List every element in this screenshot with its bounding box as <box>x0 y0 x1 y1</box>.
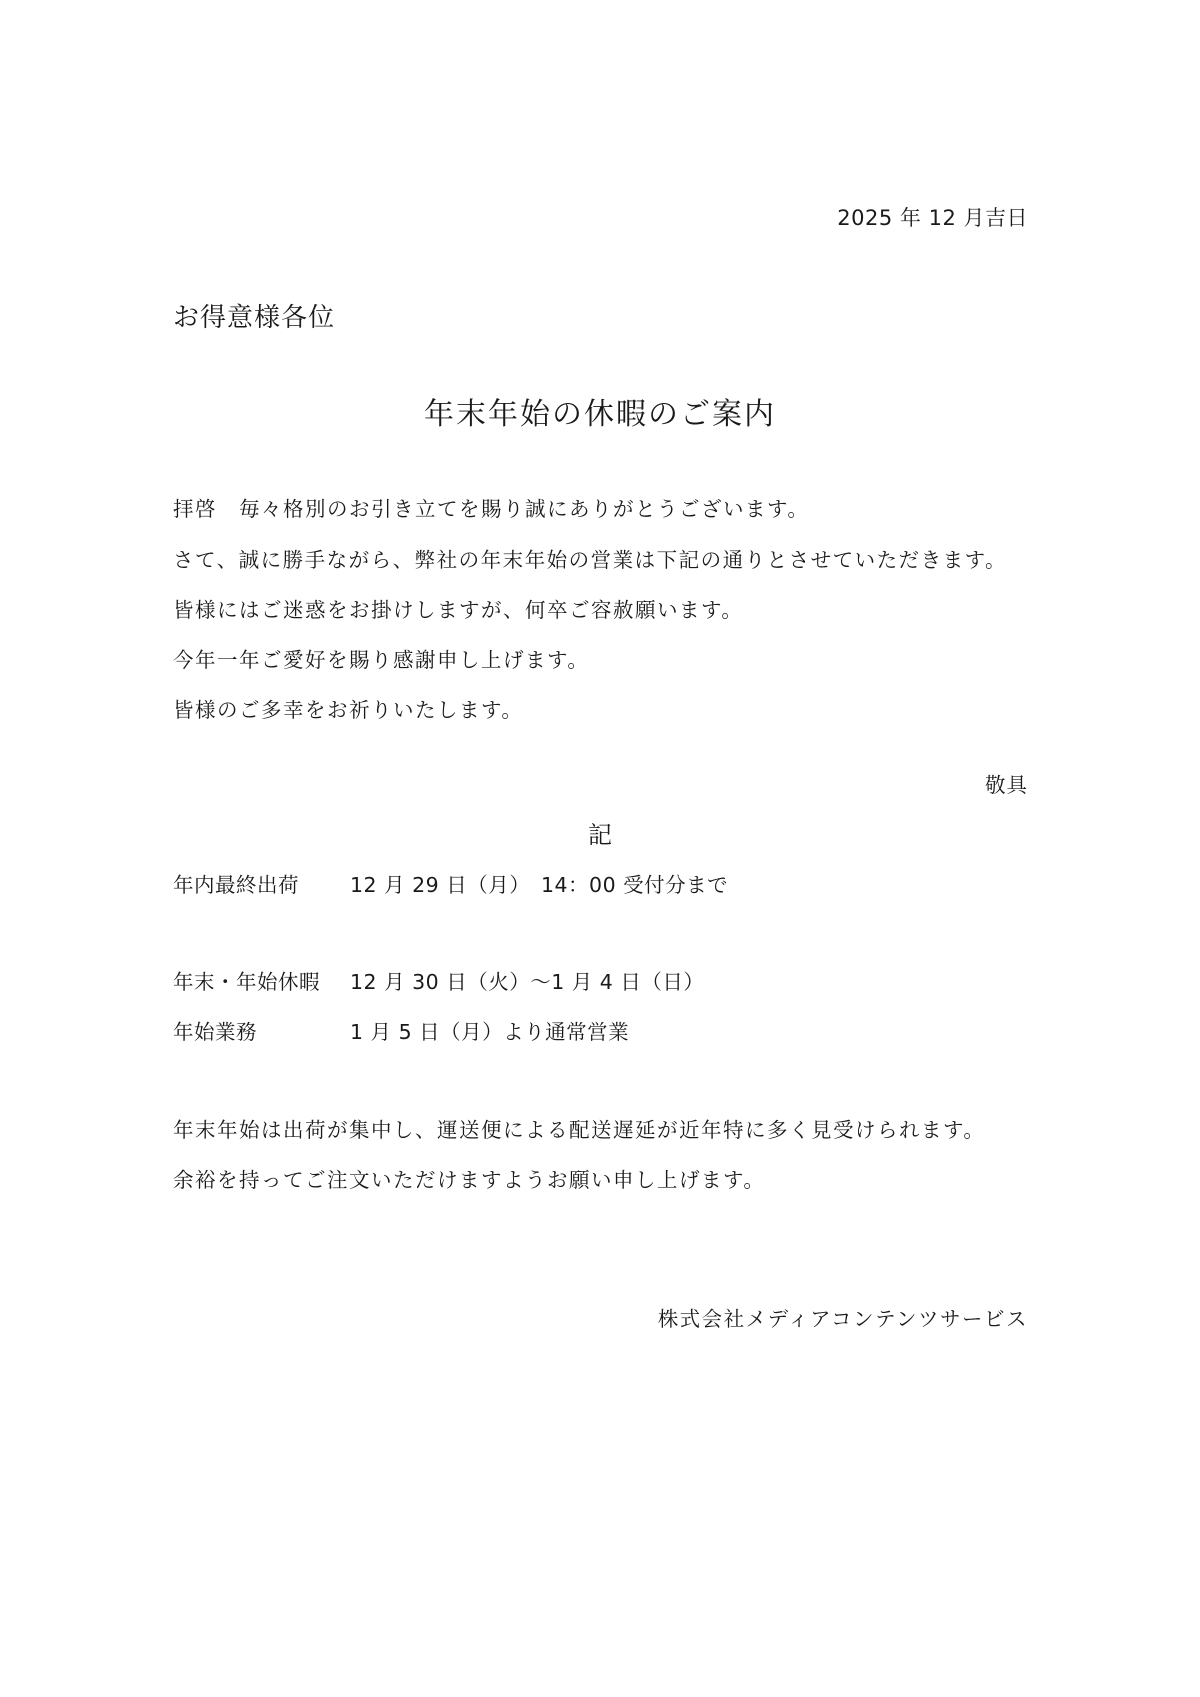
schedule-label-last-shipment: 年内最終出荷 <box>173 868 299 898</box>
document-title: 年末年始の休暇のご案内 <box>0 389 1200 433</box>
ki-heading: 記 <box>0 815 1200 850</box>
recipient-salutation: お得意様各位 <box>173 297 335 334</box>
document-date: 2025 年 12 月吉日 <box>837 202 1028 232</box>
schedule-label-new-year-business: 年始業務 <box>173 1015 257 1045</box>
schedule-value-new-year-business: 1 月 5 日（月）より通常営業 <box>350 1015 629 1045</box>
schedule-value-holiday: 12 月 30 日（火）〜1 月 4 日（日） <box>350 965 704 995</box>
schedule-label-holiday: 年末・年始休暇 <box>173 965 320 995</box>
schedule-value-last-shipment: 12 月 29 日（月） 14：00 受付分まで <box>350 868 728 898</box>
note-line: 余裕を持ってご注文いただけますようお願い申し上げます。 <box>173 1163 765 1193</box>
note-line: 年末年始は出荷が集中し、運送便による配送遅延が近年特に多く見受けられます。 <box>173 1113 985 1143</box>
closing-phrase: 敬具 <box>985 768 1028 798</box>
company-name: 株式会社メディアコンテンツサービス <box>658 1302 1028 1332</box>
document-page: 2025 年 12 月吉日 お得意様各位 年末年始の休暇のご案内 拝啓 毎々格別… <box>0 0 1200 1697</box>
body-line: 皆様のご多幸をお祈りいたします。 <box>173 693 523 723</box>
body-line: 今年一年ご愛好を賜り感謝申し上げます。 <box>173 643 589 673</box>
body-line: 皆様にはご迷惑をお掛けしますが、何卒ご容赦願います。 <box>173 593 743 623</box>
body-line: 拝啓 毎々格別のお引き立てを賜り誠にありがとうございます。 <box>173 492 809 522</box>
body-line: さて、誠に勝手ながら、弊社の年末年始の営業は下記の通りとさせていただきます。 <box>173 543 1007 573</box>
